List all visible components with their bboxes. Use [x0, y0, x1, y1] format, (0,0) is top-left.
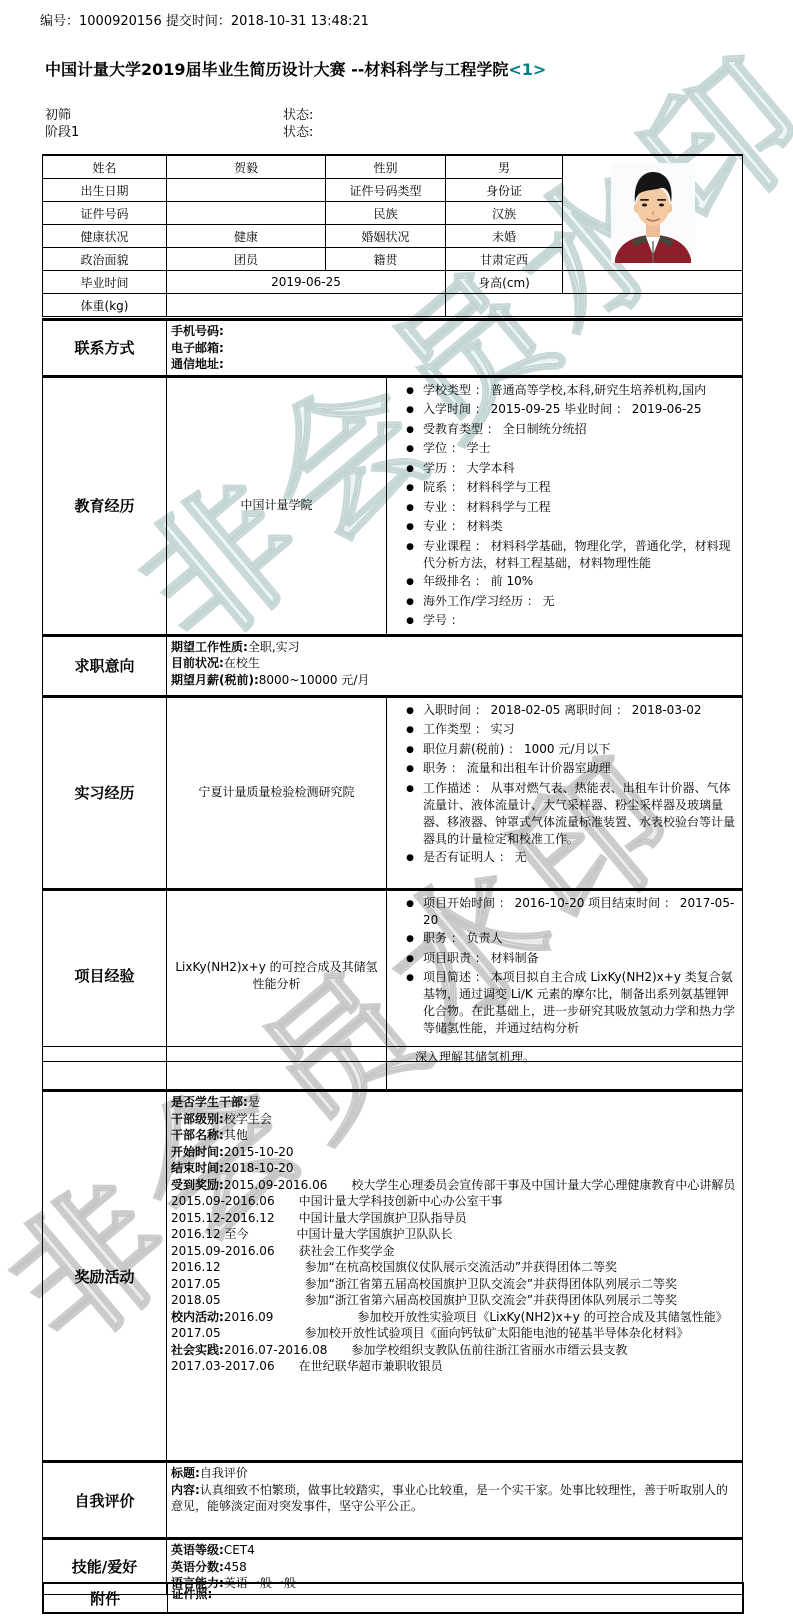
bullet-icon: ● [397, 518, 423, 536]
list-item: ●项目职责 ： 材料制备 [397, 950, 736, 968]
field-value-content: 认真细致不怕繁琐，做事比较踏实，事业心比较重，是一个实干家。处事比较理性，善于听… [171, 1483, 728, 1514]
bullet-icon: ● [397, 721, 423, 739]
list-item: ●项目开始时间 ： 2016-10-20 项目结束时间 ： 2017-05-20 [397, 895, 736, 929]
field-value: 2016.12 至今 中国计量大学国旗护卫队队长 [171, 1227, 452, 1241]
field-value-id-number [167, 202, 326, 225]
contact-line: 手机号码: [171, 323, 738, 340]
field-label: 校内活动: [171, 1310, 224, 1324]
list-item: ●是否有证明人 ： 无 [397, 849, 736, 867]
bullet-text: 职位月薪(税前) ： 1000 元/月以下 [423, 741, 736, 759]
list-item: ●学校类型 ： 普通高等学校,本科,研究生培养机构,国内 [397, 382, 736, 400]
bullet-icon: ● [397, 401, 423, 419]
field-value-gender: 男 [446, 155, 563, 179]
field-value-id-type: 身份证 [446, 179, 563, 202]
bullet-icon: ● [397, 780, 423, 848]
list-item: ●专业 ： 材料科学与工程 [397, 499, 736, 517]
field-label-id-number: 证件号码 [43, 202, 167, 225]
section-contact: 联系方式 手机号码: 电子邮箱: 通信地址: [43, 320, 743, 377]
list-item: ●学历 ： 大学本科 [397, 460, 736, 478]
list-item: ●学位 ： 学士 [397, 440, 736, 458]
bullet-text: 职务 ： 流量和出租车计价器室助理 [423, 760, 736, 778]
field-label: 结束时间: [171, 1161, 224, 1175]
section-title-awards: 奖励活动 [43, 1091, 167, 1462]
field-value-weight-extra [446, 294, 743, 317]
section-awards: 奖励活动 是否学生干部:是 干部级别:校学生会 干部名称:其他 开始时间:201… [43, 1091, 743, 1462]
field-value: 2015.09-2016.06 校大学生心理委员会宣传部干事及中国计量大学心理健… [224, 1178, 736, 1192]
id-photo-image [611, 163, 695, 263]
bullet-text: 学号 ： [423, 612, 736, 630]
personal-info-table: 姓名 贺毅 性别 男 [42, 154, 743, 317]
bullet-text: 专业 ： 材料科学与工程 [423, 499, 736, 517]
field-value-graduation: 2019-06-25 [167, 271, 446, 294]
status-row-stage-1: 阶段1 状态: [45, 124, 313, 141]
field-value-expected-salary: 8000~10000 元/月 [259, 673, 370, 687]
field-label-health: 健康状况 [43, 225, 167, 248]
field-value-hometown: 甘肃定西 [446, 248, 563, 271]
list-item: ●工作描述 ： 从事对燃气表、热能表、出租车计价器、气体流量计、液体流量计、大气… [397, 780, 736, 848]
awards-content: 是否学生干部:是 干部级别:校学生会 干部名称:其他 开始时间:2015-10-… [167, 1091, 743, 1462]
field-label-id-photo: 证件照: [172, 1587, 213, 1601]
section-title-self-evaluation: 自我评价 [43, 1462, 167, 1539]
field-label: 社会实践: [171, 1343, 224, 1357]
field-value: 2017.03-2017.06 在世纪联华超市兼职收银员 [171, 1359, 443, 1373]
list-item: ●职位月薪(税前) ： 1000 元/月以下 [397, 741, 736, 759]
field-label-english-score: 英语分数: [171, 1560, 224, 1574]
award-line: 2018.05 参加“浙江省第六届高校国旗护卫队交流会”并获得团体队列展示二等奖 [171, 1292, 738, 1309]
field-label-birthdate: 出生日期 [43, 179, 167, 202]
status-label: 状态: [283, 124, 313, 141]
bullet-text: 工作描述 ： 从事对燃气表、热能表、出租车计价器、气体流量计、液体流量计、大气采… [423, 780, 736, 848]
resume-sections-table: 联系方式 手机号码: 电子邮箱: 通信地址: 教育经历 中国计量学院 ●学校类型… [42, 318, 743, 1062]
award-line: 2016.12 至今 中国计量大学国旗护卫队队长 [171, 1226, 738, 1243]
review-status: 初筛 状态: 阶段1 状态: [45, 107, 313, 141]
award-line: 结束时间:2018-10-20 [171, 1160, 738, 1177]
award-line: 2017.03-2017.06 在世纪联华超市兼职收银员 [171, 1358, 738, 1375]
job-intention-line: 期望工作性质:全职,实习 [171, 639, 738, 656]
field-label: 受到奖励: [171, 1178, 224, 1192]
field-label-name: 姓名 [43, 155, 167, 179]
award-line: 社会实践:2016.07-2016.08 参加学校组织支教队伍前往浙江省丽水市缙… [171, 1342, 738, 1359]
field-label: 干部级别: [171, 1112, 224, 1126]
project-title: LixKy(NH2)x+y 的可控合成及其储氢性能分析 [167, 889, 387, 1061]
bullet-text: 专业课程 ： 材料科学基础，物理化学，普通化学，材料现代分析方法，材料工程基础，… [423, 538, 736, 572]
resume-page: 编号：1000920156 提交时间：2018-10-31 13:48:21 中… [0, 0, 793, 1623]
field-value-health: 健康 [167, 225, 326, 248]
field-value-work-type: 全职,实习 [248, 640, 300, 654]
job-intention-content: 期望工作性质:全职,实习 目前状况:在校生 期望月薪(税前):8000~1000… [167, 635, 743, 696]
section-title-job-intention: 求职意向 [43, 635, 167, 696]
status-row-initial-screening: 初筛 状态: [45, 107, 313, 124]
award-line: 开始时间:2015-10-20 [171, 1144, 738, 1161]
section-title-education: 教育经历 [43, 376, 167, 635]
contact-line: 通信地址: [171, 356, 738, 373]
education-details: ●学校类型 ： 普通高等学校,本科,研究生培养机构,国内 ●入学时间 ： 201… [387, 376, 743, 635]
list-item: ●职务 ： 负责人 [397, 930, 736, 948]
internship-bullet-list: ●入职时间 ： 2018-02-05 离职时间 ： 2018-03-02 ●工作… [391, 702, 738, 868]
field-value-marital: 未婚 [446, 225, 563, 248]
attachment-table: 附件 证件照: [42, 1582, 744, 1614]
award-line: 2015.09-2016.06 获社会工作奖学金 [171, 1243, 738, 1260]
self-evaluation-content: 标题:自我评价 内容:认真细致不怕繁琐，做事比较踏实，事业心比较重，是一个实干家… [167, 1462, 743, 1539]
bullet-text: 职务 ： 负责人 [423, 930, 736, 948]
field-label: 是否学生干部: [171, 1095, 248, 1109]
field-label: 开始时间: [171, 1145, 224, 1159]
award-line: 2017.05 参加“浙江省第五届高校国旗护卫队交流会”并获得团体队列展示二等奖 [171, 1276, 738, 1293]
bullet-icon: ● [397, 969, 423, 1037]
continuation-line: 深入理解其储氢机理。 [391, 1049, 738, 1066]
list-item: ●年级排名 ： 前 10% [397, 573, 736, 591]
bullet-icon: ● [397, 702, 423, 720]
field-value-title: 自我评价 [200, 1466, 248, 1480]
internship-details: ●入职时间 ： 2018-02-05 离职时间 ： 2018-03-02 ●工作… [387, 696, 743, 889]
field-label-title: 标题: [171, 1466, 200, 1480]
field-label-political: 政治面貌 [43, 248, 167, 271]
field-value-english-score: 458 [224, 1560, 247, 1574]
field-label-work-type: 期望工作性质: [171, 640, 248, 654]
field-label-current-status: 目前状况: [171, 656, 224, 670]
page-title: 中国计量大学2019届毕业生简历设计大赛 --材料科学与工程学院<1> [45, 57, 546, 80]
contact-line: 电子邮箱: [171, 340, 738, 357]
job-intention-line: 期望月薪(税前):8000~10000 元/月 [171, 672, 738, 689]
attachment-line: 证件照: [172, 1586, 739, 1603]
bullet-icon: ● [397, 421, 423, 439]
field-value: 2016.07-2016.08 参加学校组织支教队伍前往浙江省丽水市缙云县支教 [224, 1343, 628, 1357]
award-line: 校内活动:2016.09 参加校开放性实验项目《LixKy(NH2)x+y 的可… [171, 1309, 738, 1326]
skill-line: 英语分数:458 [171, 1559, 738, 1576]
project-details: ●项目开始时间 ： 2016-10-20 项目结束时间 ： 2017-05-20… [387, 889, 743, 1061]
status-label: 状态: [283, 107, 313, 124]
contest-title: 中国计量大学2019届毕业生简历设计大赛 --材料科学与工程学院 [45, 60, 508, 79]
field-label-gender: 性别 [326, 155, 446, 179]
field-value-weight [167, 294, 446, 317]
bullet-icon: ● [397, 499, 423, 517]
attachment-content: 证件照: [167, 1583, 743, 1613]
bullet-text: 学校类型 ： 普通高等学校,本科,研究生培养机构,国内 [423, 382, 736, 400]
section-title-attachment: 附件 [43, 1583, 167, 1613]
field-value: 其他 [224, 1128, 248, 1142]
field-value: 校学生会 [224, 1112, 272, 1126]
bullet-text: 入职时间 ： 2018-02-05 离职时间 ： 2018-03-02 [423, 702, 736, 720]
bullet-text: 专业 ： 材料类 [423, 518, 736, 536]
bullet-text: 学位 ： 学士 [423, 440, 736, 458]
list-item: ●海外工作/学习经历 ： 无 [397, 593, 736, 611]
bullet-text: 学历 ： 大学本科 [423, 460, 736, 478]
table-row: 毕业时间 2019-06-25 身高(cm) [43, 271, 743, 294]
bullet-text: 是否有证明人 ： 无 [423, 849, 736, 867]
field-label-address: 通信地址: [171, 357, 224, 371]
award-line: 2015.09-2016.06 中国计量大学科技创新中心办公室干事 [171, 1193, 738, 1210]
self-evaluation-line: 标题:自我评价 [171, 1465, 738, 1482]
college-index-badge: <1> [508, 60, 546, 79]
field-value-birthdate [167, 179, 326, 202]
field-label-phone: 手机号码: [171, 324, 224, 338]
empty-cell [167, 1047, 387, 1091]
field-label-content: 内容: [171, 1483, 200, 1497]
field-value-ethnicity: 汉族 [446, 202, 563, 225]
bullet-text: 年级排名 ： 前 10% [423, 573, 736, 591]
field-value-english-level: CET4 [224, 1543, 255, 1557]
bullet-text: 受教育类型 ： 全日制统分统招 [423, 421, 736, 439]
table-row: 姓名 贺毅 性别 男 [43, 155, 743, 179]
field-label-english-level: 英语等级: [171, 1543, 224, 1557]
section-attachment: 附件 证件照: [43, 1583, 743, 1613]
stage-label: 阶段1 [45, 124, 283, 141]
award-line: 2015.12-2016.12 中国计量大学国旗护卫队指导员 [171, 1210, 738, 1227]
field-value: 2015.09-2016.06 中国计量大学科技创新中心办公室干事 [171, 1194, 503, 1208]
list-item: ●学号 ： [397, 612, 736, 630]
field-value: 2018.05 参加“浙江省第六届高校国旗护卫队交流会”并获得团体队列展示二等奖 [171, 1293, 677, 1307]
list-item: ●入学时间 ： 2015-09-25 毕业时间 ： 2019-06-25 [397, 401, 736, 419]
education-school: 中国计量学院 [167, 376, 387, 635]
bullet-text: 项目职责 ： 材料制备 [423, 950, 736, 968]
field-value-height [563, 271, 743, 294]
bullet-icon: ● [397, 593, 423, 611]
field-value: 2017.05 参加“浙江省第五届高校国旗护卫队交流会”并获得团体队列展示二等奖 [171, 1277, 677, 1291]
field-value-name: 贺毅 [167, 155, 326, 179]
bullet-icon: ● [397, 760, 423, 778]
list-item: ●院系 ： 材料科学与工程 [397, 479, 736, 497]
field-value: 2018-10-20 [224, 1161, 294, 1175]
table-row: 体重(kg) [43, 294, 743, 317]
field-value: 2017.05 参加校开放性试验项目《面向钙钛矿太阳能电池的铋基半导体杂化材料》 [171, 1326, 689, 1340]
stage-label: 初筛 [45, 107, 283, 124]
internship-organization: 宁夏计量质量检验检测研究院 [167, 696, 387, 889]
section-title-internship: 实习经历 [43, 696, 167, 889]
bullet-text: 入学时间 ： 2015-09-25 毕业时间 ： 2019-06-25 [423, 401, 736, 419]
bullet-text: 项目开始时间 ： 2016-10-20 项目结束时间 ： 2017-05-20 [423, 895, 736, 929]
field-value: 2015.12-2016.12 中国计量大学国旗护卫队指导员 [171, 1211, 467, 1225]
bullet-icon: ● [397, 612, 423, 630]
list-item: ●工作类型 ： 实习 [397, 721, 736, 739]
bullet-text: 海外工作/学习经历 ： 无 [423, 593, 736, 611]
bullet-icon: ● [397, 950, 423, 968]
section-title-contact: 联系方式 [43, 320, 167, 377]
bullet-icon: ● [397, 849, 423, 867]
field-label-graduation: 毕业时间 [43, 271, 167, 294]
skill-line: 英语等级:CET4 [171, 1542, 738, 1559]
field-value-current-status: 在校生 [224, 656, 260, 670]
project-continuation-row: 深入理解其储氢机理。 [43, 1047, 743, 1091]
field-label: 干部名称: [171, 1128, 224, 1142]
bullet-icon: ● [397, 573, 423, 591]
field-label-marital: 婚姻状况 [326, 225, 446, 248]
bullet-icon: ● [397, 895, 423, 929]
field-label-hometown: 籍贯 [326, 248, 446, 271]
field-label-weight: 体重(kg) [43, 294, 167, 317]
bullet-icon: ● [397, 460, 423, 478]
bullet-icon: ● [397, 930, 423, 948]
field-label-expected-salary: 期望月薪(税前): [171, 673, 259, 687]
submission-meta: 编号：1000920156 提交时间：2018-10-31 13:48:21 [40, 10, 369, 29]
section-internship: 实习经历 宁夏计量质量检验检测研究院 ●入职时间 ： 2018-02-05 离职… [43, 696, 743, 889]
award-line: 2017.05 参加校开放性试验项目《面向钙钛矿太阳能电池的铋基半导体杂化材料》 [171, 1325, 738, 1342]
list-item: ●入职时间 ： 2018-02-05 离职时间 ： 2018-03-02 [397, 702, 736, 720]
field-value-political: 团员 [167, 248, 326, 271]
field-value: 2015-10-20 [224, 1145, 294, 1159]
award-line: 干部级别:校学生会 [171, 1111, 738, 1128]
award-line: 2016.12 参加“在杭高校国旗仪仗队展示交流活动”并获得团体二等奖 [171, 1259, 738, 1276]
list-item: ●职务 ： 流量和出租车计价器室助理 [397, 760, 736, 778]
list-item: ●专业 ： 材料类 [397, 518, 736, 536]
education-bullet-list: ●学校类型 ： 普通高等学校,本科,研究生培养机构,国内 ●入学时间 ： 201… [391, 382, 738, 631]
contact-content: 手机号码: 电子邮箱: 通信地址: [167, 320, 743, 377]
bullet-icon: ● [397, 479, 423, 497]
field-value: 2015.09-2016.06 获社会工作奖学金 [171, 1244, 395, 1258]
field-value: 2016.12 参加“在杭高校国旗仪仗队展示交流活动”并获得团体二等奖 [171, 1260, 617, 1274]
bullet-icon: ● [397, 741, 423, 759]
award-line: 受到奖励:2015.09-2016.06 校大学生心理委员会宣传部干事及中国计量… [171, 1177, 738, 1194]
list-item: ●受教育类型 ： 全日制统分统招 [397, 421, 736, 439]
resume-sections-table-page2: 深入理解其储氢机理。 奖励活动 是否学生干部:是 干部级别:校学生会 干部名称:… [42, 1046, 743, 1595]
bullet-text: 工作类型 ： 实习 [423, 721, 736, 739]
bullet-text: 项目简述 ： 本项目拟自主合成 LixKy(NH2)x+y 类复合氨基物，通过调… [423, 969, 736, 1037]
project-continuation-text: 深入理解其储氢机理。 [387, 1047, 743, 1091]
list-item: ●专业课程 ： 材料科学基础，物理化学，普通化学，材料现代分析方法，材料工程基础… [397, 538, 736, 572]
award-line: 是否学生干部:是 [171, 1094, 738, 1111]
project-bullet-list: ●项目开始时间 ： 2016-10-20 项目结束时间 ： 2017-05-20… [391, 895, 738, 1038]
empty-cell [43, 1047, 167, 1091]
field-label-ethnicity: 民族 [326, 202, 446, 225]
bullet-icon: ● [397, 440, 423, 458]
section-job-intention: 求职意向 期望工作性质:全职,实习 目前状况:在校生 期望月薪(税前):8000… [43, 635, 743, 696]
field-label-email: 电子邮箱: [171, 341, 224, 355]
section-project: 项目经验 LixKy(NH2)x+y 的可控合成及其储氢性能分析 ●项目开始时间… [43, 889, 743, 1061]
list-item: ●项目简述 ： 本项目拟自主合成 LixKy(NH2)x+y 类复合氨基物，通过… [397, 969, 736, 1037]
bullet-icon: ● [397, 382, 423, 400]
award-line: 干部名称:其他 [171, 1127, 738, 1144]
section-self-evaluation: 自我评价 标题:自我评价 内容:认真细致不怕繁琐，做事比较踏实，事业心比较重，是… [43, 1462, 743, 1539]
self-evaluation-line: 内容:认真细致不怕繁琐，做事比较踏实，事业心比较重，是一个实干家。处事比较理性，… [171, 1482, 738, 1515]
id-photo-cell [563, 155, 743, 271]
section-education: 教育经历 中国计量学院 ●学校类型 ： 普通高等学校,本科,研究生培养机构,国内… [43, 376, 743, 635]
field-value: 2016.09 参加校开放性实验项目《LixKy(NH2)x+y 的可控合成及其… [224, 1310, 728, 1324]
field-label-height: 身高(cm) [446, 271, 563, 294]
section-title-project: 项目经验 [43, 889, 167, 1061]
field-value: 是 [248, 1095, 260, 1109]
bullet-text: 院系 ： 材料科学与工程 [423, 479, 736, 497]
field-label-id-type: 证件号码类型 [326, 179, 446, 202]
job-intention-line: 目前状况:在校生 [171, 655, 738, 672]
bullet-icon: ● [397, 538, 423, 572]
